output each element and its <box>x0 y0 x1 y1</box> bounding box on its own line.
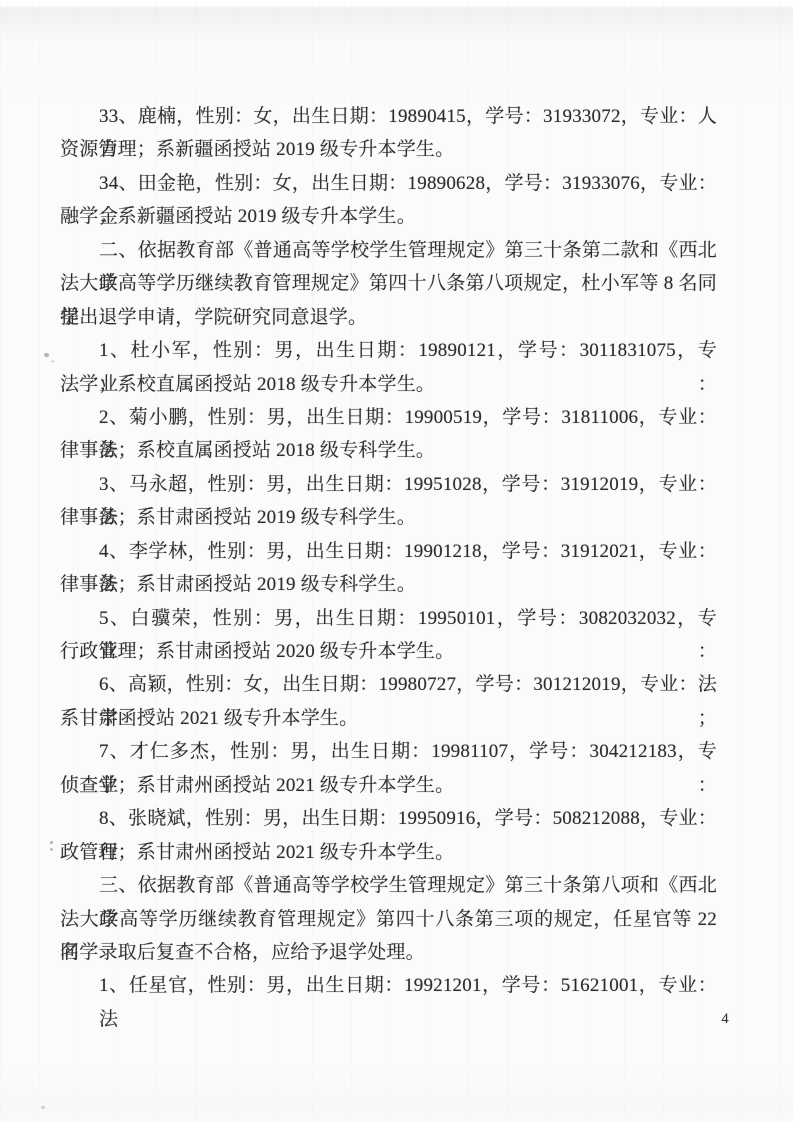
scan-artifact <box>44 352 50 357</box>
paragraph-item-1: 1、杜小军，性别：男，出生日期：19890121，学号：3011831075，专… <box>60 334 717 401</box>
text-line: 政管理；系甘肃州函授站 2021 级专升本学生。 <box>60 836 717 869</box>
text-line: 8、张晓斌，性别：男，出生日期：19950916，学号：508212088，专业… <box>60 802 717 835</box>
scan-artifact <box>41 1106 45 1109</box>
paragraph-item-3: 3、马永超，性别：男，出生日期：19951028，学号：31912019，专业：… <box>60 468 717 535</box>
page-number: 4 <box>714 1011 736 1028</box>
text-line: 1、杜小军，性别：男，出生日期：19890121，学号：3011831075，专… <box>60 334 717 367</box>
text-line: 34、田金艳，性别：女，出生日期：19890628，学号：31933076，专业… <box>60 167 717 200</box>
text-line: 二、依据教育部《普通高等学校学生管理规定》第三十条第二款和《西北政 <box>60 234 717 267</box>
paragraph-item-2: 2、菊小鹏，性别：男，出生日期：19900519，学号：31811006，专业：… <box>60 401 717 468</box>
text-line: 法大学高等学历继续教育管理规定》第四十八条第八项规定，杜小军等 8 名同学 <box>60 267 717 300</box>
paragraph-item-6: 6、高颖，性别：女，出生日期：19980727，学号：301212019，专业：… <box>60 668 717 735</box>
text-line: 7、才仁多杰，性别：男，出生日期：19981107，学号：304212183，专… <box>60 735 717 768</box>
text-line: 律事务；系校直属函授站 2018 级专科学生。 <box>60 434 717 467</box>
text-line: 3、马永超，性别：男，出生日期：19951028，学号：31912019，专业：… <box>60 468 717 501</box>
text-line: 6、高颖，性别：女，出生日期：19980727，学号：301212019，专业：… <box>60 668 717 701</box>
paragraph-item-33: 33、鹿楠，性别：女，出生日期：19890415，学号：31933072，专业：… <box>60 100 717 167</box>
text-line: 提出退学申请，学院研究同意退学。 <box>60 301 717 334</box>
text-line: 律事务；系甘肃函授站 2019 级专科学生。 <box>60 501 717 534</box>
text-line: 三、依据教育部《普通高等学校学生管理规定》第三十条第八项和《西北政 <box>60 869 717 902</box>
paragraph-item-4: 4、李学林，性别：男，出生日期：19901218，学号：31912021，专业：… <box>60 535 717 602</box>
text-line: 融学；系新疆函授站 2019 级专升本学生。 <box>60 200 717 233</box>
text-line: 4、李学林，性别：男，出生日期：19901218，学号：31912021，专业：… <box>60 535 717 568</box>
paragraph-item-34: 34、田金艳，性别：女，出生日期：19890628，学号：31933076，专业… <box>60 167 717 234</box>
paragraph-section-2: 二、依据教育部《普通高等学校学生管理规定》第三十条第二款和《西北政 法大学高等学… <box>60 234 717 334</box>
paragraph-item-8: 8、张晓斌，性别：男，出生日期：19950916，学号：508212088，专业… <box>60 802 717 869</box>
text-line: 资源管理；系新疆函授站 2019 级专升本学生。 <box>60 133 717 166</box>
text-line: 1、任星官，性别：男，出生日期：19921201，学号：51621001，专业：… <box>60 969 717 1002</box>
paragraph-item-1-section-3: 1、任星官，性别：男，出生日期：19921201，学号：51621001，专业：… <box>60 969 717 1002</box>
text-line: 5、白骥荣，性别：男，出生日期：19950101，学号：3082032032，专… <box>60 602 717 635</box>
scanned-document-page: 33、鹿楠，性别：女，出生日期：19890415，学号：31933072，专业：… <box>0 0 793 1122</box>
text-line: 律事务；系甘肃函授站 2019 级专科学生。 <box>60 568 717 601</box>
paragraph-item-7: 7、才仁多杰，性别：男，出生日期：19981107，学号：304212183，专… <box>60 735 717 802</box>
text-line: 法大学高等学历继续教育管理规定》第四十八条第三项的规定，任星官等 22 名 <box>60 903 717 936</box>
text-line: 同学录取后复查不合格，应给予退学处理。 <box>60 936 717 969</box>
text-line: 33、鹿楠，性别：女，出生日期：19890415，学号：31933072，专业：… <box>60 100 717 133</box>
document-body: 33、鹿楠，性别：女，出生日期：19890415，学号：31933072，专业：… <box>60 100 717 1003</box>
scan-artifact <box>50 841 53 844</box>
paragraph-section-3: 三、依据教育部《普通高等学校学生管理规定》第三十条第八项和《西北政 法大学高等学… <box>60 869 717 969</box>
paragraph-item-5: 5、白骥荣，性别：男，出生日期：19950101，学号：3082032032，专… <box>60 602 717 669</box>
text-line: 2、菊小鹏，性别：男，出生日期：19900519，学号：31811006，专业：… <box>60 401 717 434</box>
